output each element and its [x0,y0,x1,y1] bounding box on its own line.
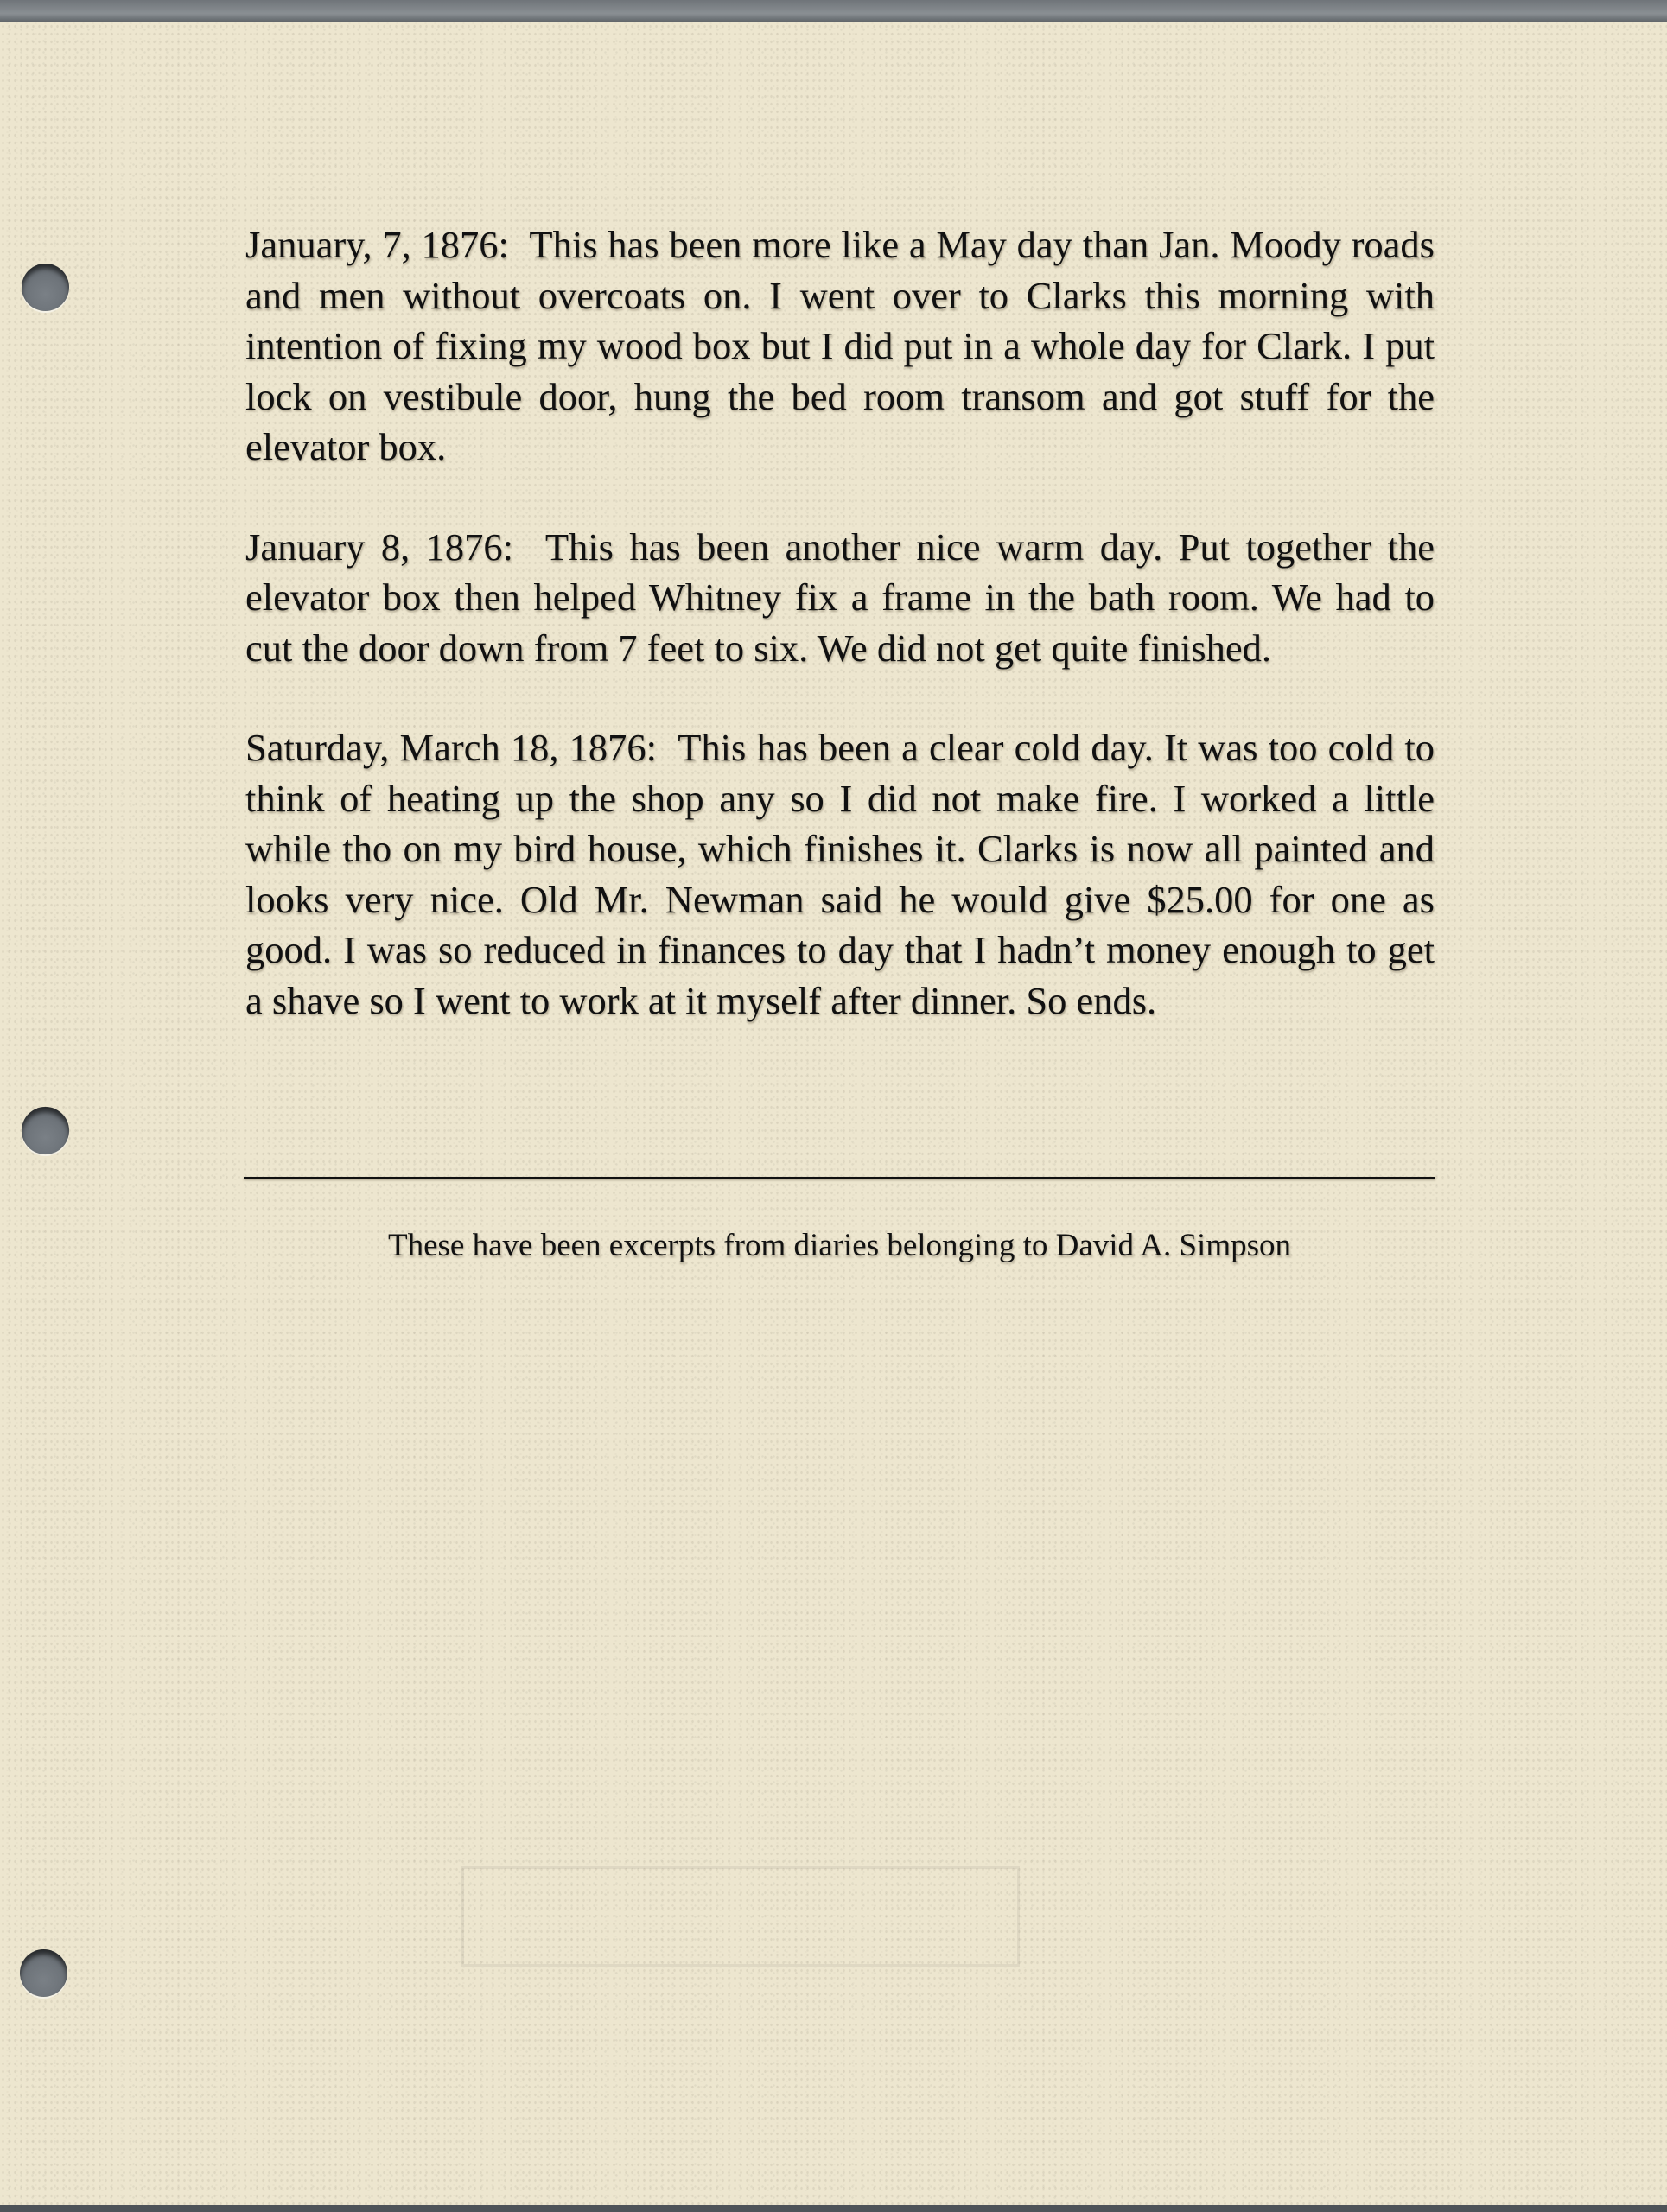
binder-punch-hole [22,1107,69,1154]
entry-date: Saturday, March 18, 1876: [245,726,657,769]
diary-excerpts: January, 7, 1876: This has been more lik… [245,219,1435,1075]
footnote-attribution: These have been excerpts from diaries be… [244,1225,1435,1267]
entry-text: This has been a clear cold day. It was t… [245,726,1435,1022]
scanner-bottom-edge [0,2205,1667,2212]
binder-punch-hole [22,264,69,311]
horizontal-rule [244,1177,1435,1179]
diary-entry: January, 7, 1876: This has been more lik… [245,219,1435,473]
scanner-top-edge [0,0,1667,22]
binder-punch-hole [20,1949,67,1997]
entry-date: January 8, 1876: [245,525,513,569]
diary-entry: January 8, 1876: This has been another n… [245,522,1435,674]
entry-date: January, 7, 1876: [245,223,509,266]
diary-entry: Saturday, March 18, 1876: This has been … [245,722,1435,1026]
